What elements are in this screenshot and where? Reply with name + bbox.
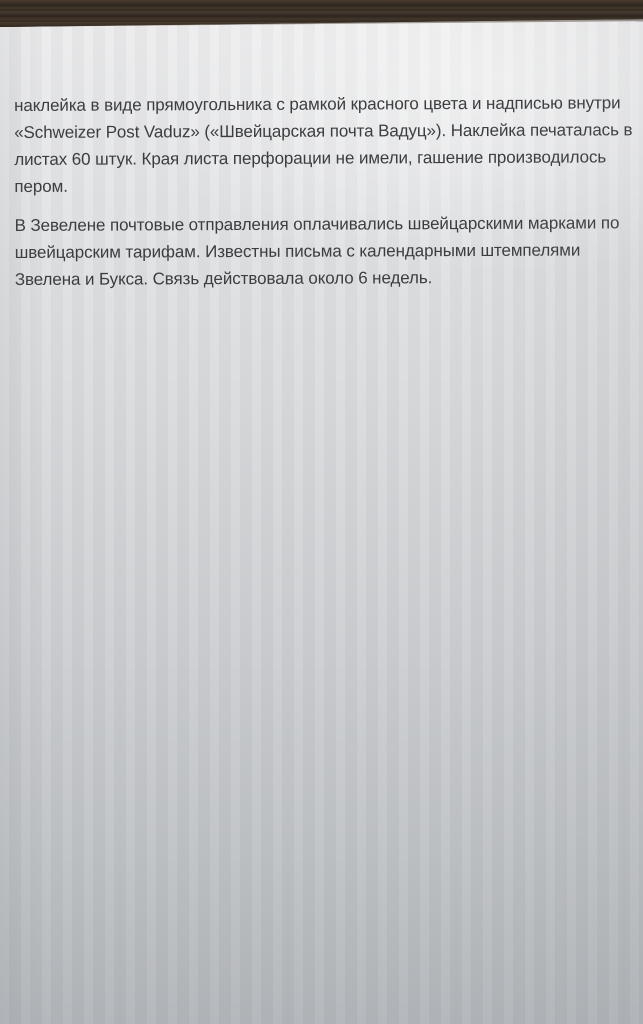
text-line: наклейка в виде прямоугольника с рамкой …	[14, 89, 636, 119]
document-photo: наклейка в виде прямоугольника с рамкой …	[0, 0, 643, 1024]
text-line: швейцарским тарифам. Известны письма с к…	[15, 236, 637, 266]
text-line: листах 60 штук. Края листа перфорации не…	[14, 143, 636, 173]
paragraph-sticker-description: наклейка в виде прямоугольника с рамкой …	[14, 89, 636, 200]
paper-sheet: наклейка в виде прямоугольника с рамкой …	[0, 20, 643, 1024]
text-line: В Зевелене почтовые отправления оплачива…	[15, 209, 637, 239]
document-text: наклейка в виде прямоугольника с рамкой …	[14, 89, 637, 305]
paragraph-sevelen-mail: В Зевелене почтовые отправления оплачива…	[15, 209, 637, 293]
text-line: Звелена и Букса. Связь действовала около…	[15, 263, 637, 293]
text-line: «Schweizer Post Vaduz» («Швейцарская поч…	[14, 116, 636, 146]
text-line: пером.	[14, 170, 636, 200]
